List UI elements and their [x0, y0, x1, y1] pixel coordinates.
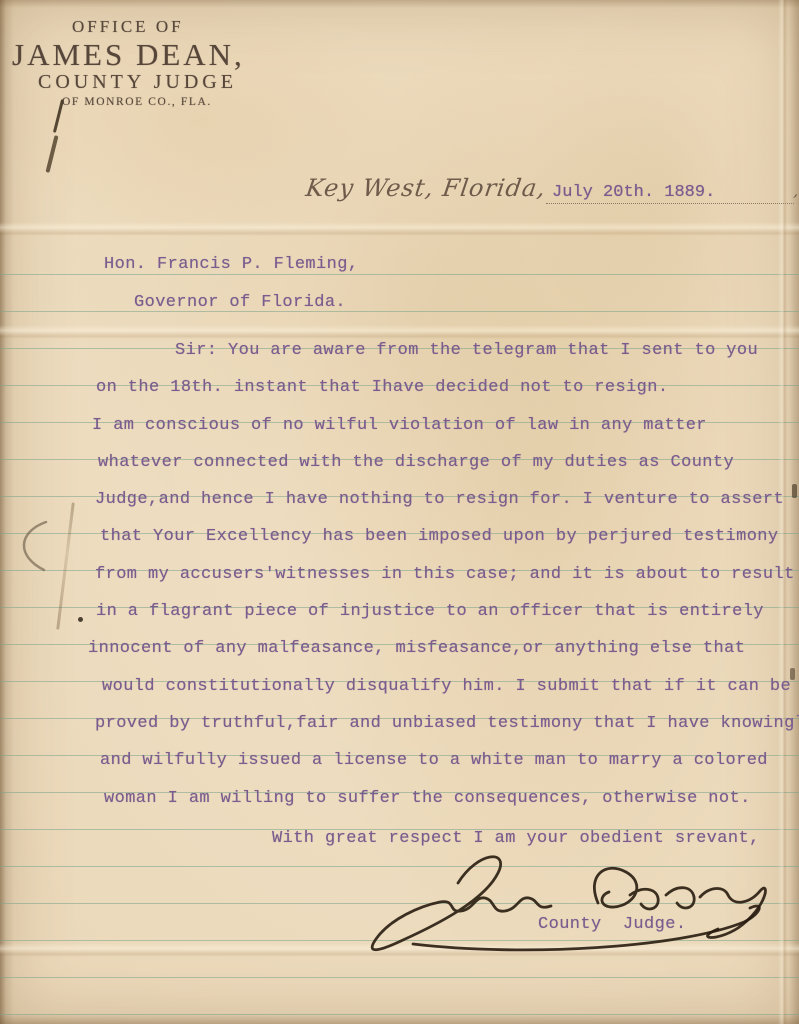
body-line: proved by truthful,fair and unbiased tes… — [88, 714, 799, 751]
body-line: Sir: You are aware from the telegram tha… — [88, 341, 799, 378]
ink-dot — [78, 617, 83, 622]
dateline: Key West, Florida, July 20th. 1889. , 18 — [306, 174, 799, 204]
pencil-mark — [12, 518, 54, 574]
body-line: would constitutionally disqualify him. I… — [88, 677, 799, 714]
recipient-name: Hon. Francis P. Fleming, — [104, 255, 358, 274]
fold-crease-top — [0, 222, 799, 236]
letterhead-monroe-county: OF MONROE CO., FLA. — [62, 96, 212, 108]
letter-body: Sir: You are aware from the telegram tha… — [88, 341, 799, 826]
letterhead-county-judge: COUNTY JUDGE — [38, 71, 237, 94]
body-line: innocent of any malfeasance, misfeasance… — [88, 639, 799, 676]
body-line: from my accusers'witnesses in this case;… — [88, 565, 799, 602]
fold-crease-middle — [0, 325, 799, 339]
body-line: I am conscious of no wilful violation of… — [88, 416, 799, 453]
body-line: in a flagrant piece of injustice to an o… — [88, 602, 799, 639]
body-line: woman I am willing to suffer the consequ… — [88, 789, 799, 826]
dateline-place-script: Key West, Florida, — [304, 174, 548, 202]
ink-stain — [45, 135, 58, 173]
body-line: and wilfully issued a license to a white… — [88, 751, 799, 788]
letterhead-james-dean: JAMES DEAN, — [12, 37, 245, 73]
ink-stain — [53, 99, 64, 133]
dateline-typed-date: July 20th. 1889. — [546, 183, 794, 204]
body-line: on the 18th. instant that Ihave decided … — [88, 378, 799, 415]
edge-mark — [790, 668, 795, 680]
letter-page: OFFICE OF JAMES DEAN, COUNTY JUDGE OF MO… — [0, 0, 799, 1024]
body-line: that Your Excellency has been imposed up… — [88, 527, 799, 564]
recipient-title: Governor of Florida. — [134, 293, 346, 312]
signature-james-dean — [298, 843, 770, 961]
edge-mark — [792, 484, 797, 498]
letterhead-office-of: OFFICE OF — [72, 17, 184, 37]
signature-title: County Judge. — [538, 915, 686, 934]
body-line: Judge,and hence I have nothing to resign… — [88, 490, 799, 527]
body-line: whatever connected with the discharge of… — [88, 453, 799, 490]
